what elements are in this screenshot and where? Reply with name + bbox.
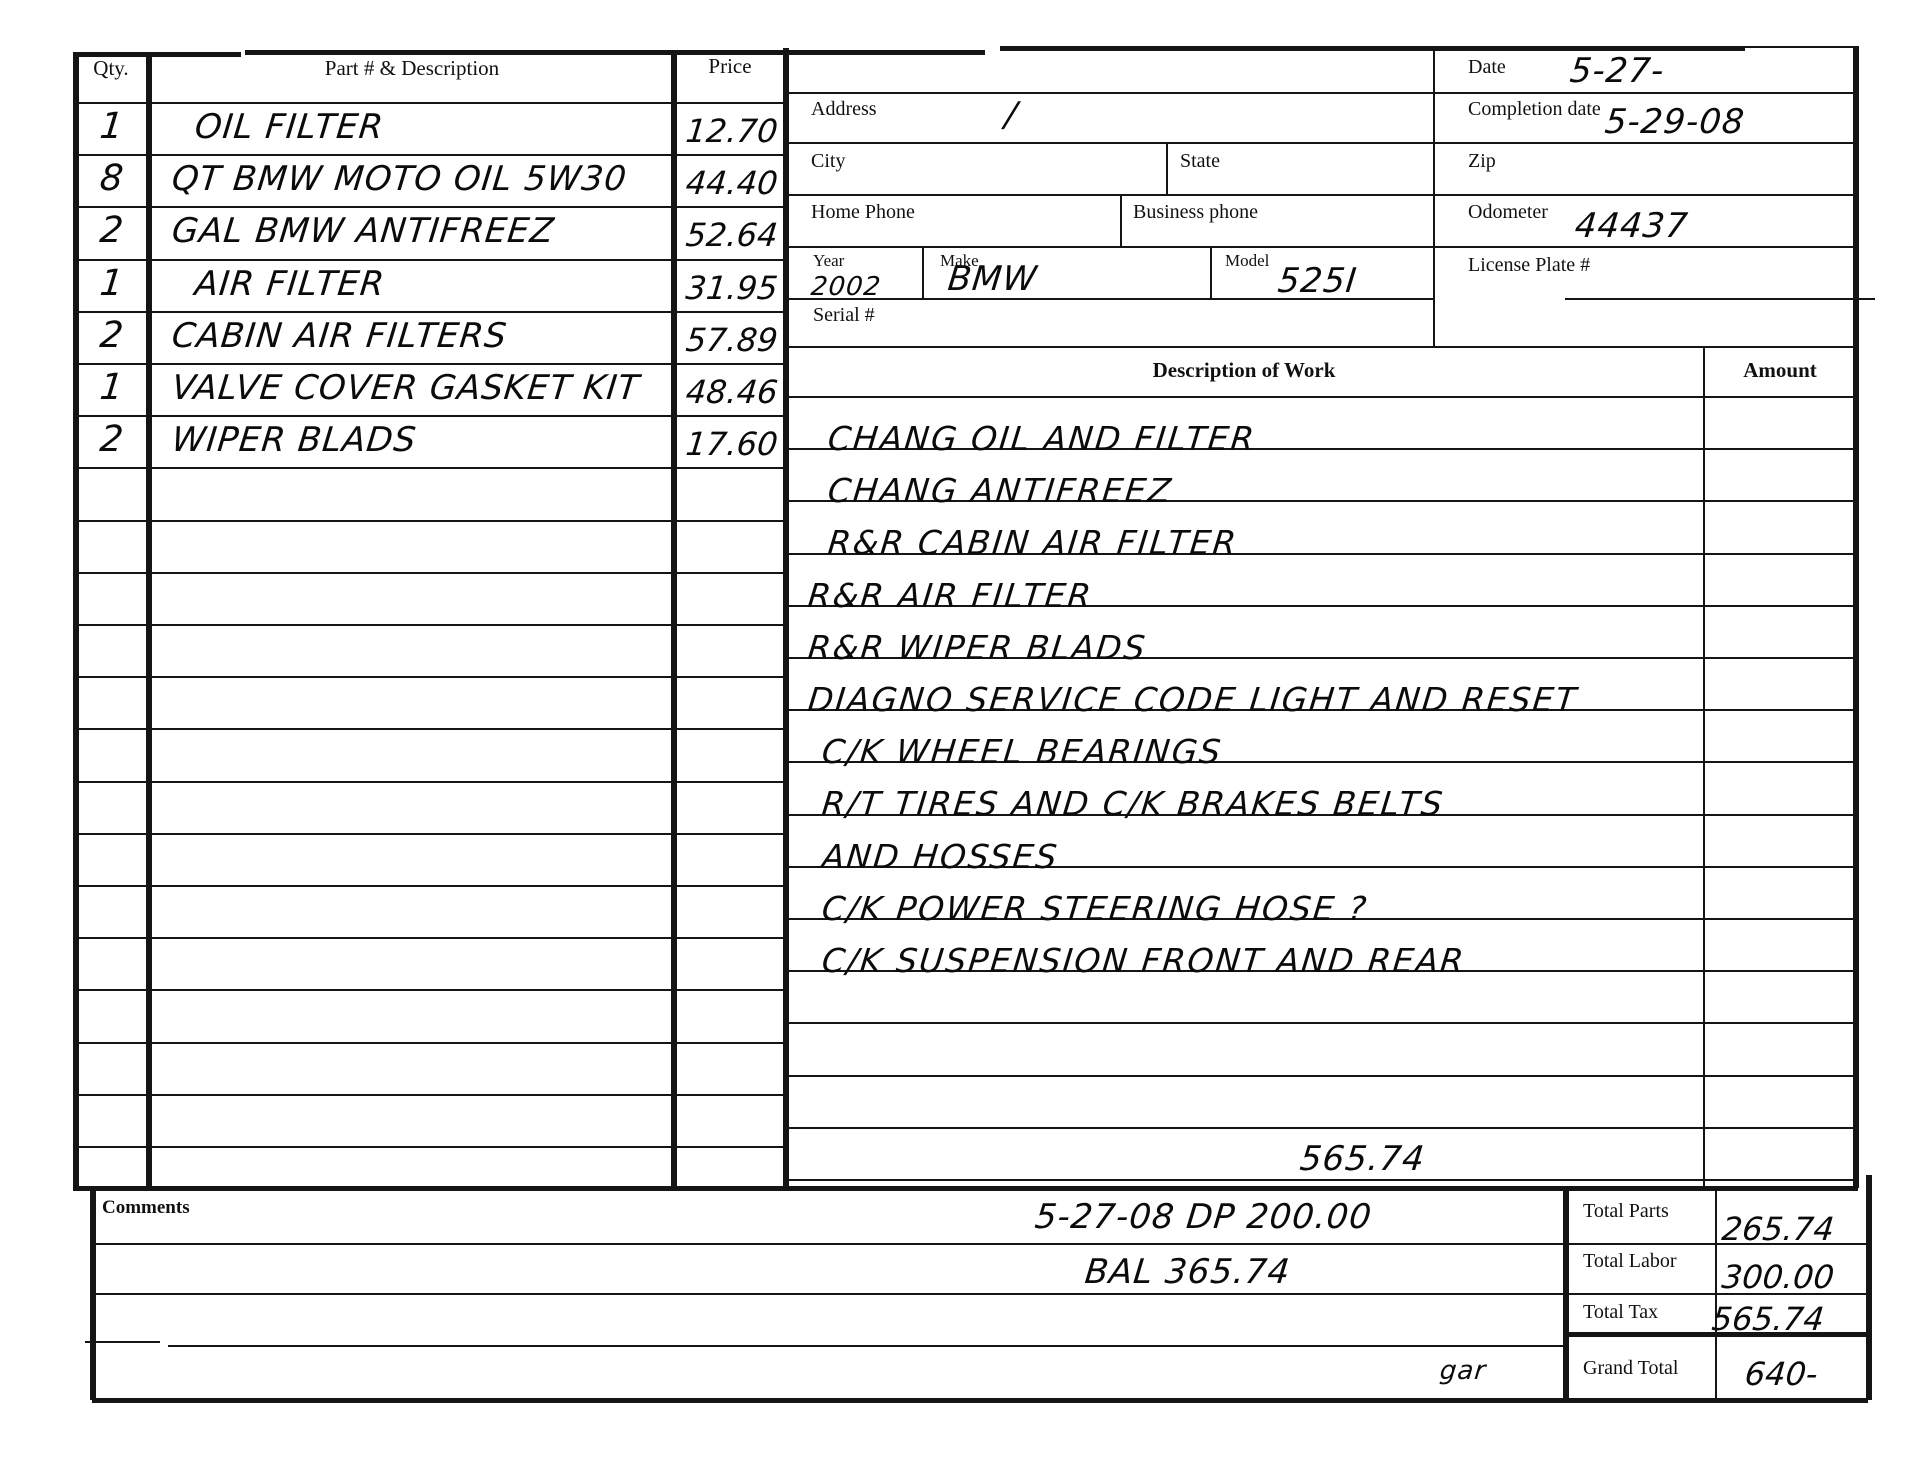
description-cell[interactable]: CABIN AIR FILTERS [170,317,509,355]
year-value[interactable]: 2002 [809,268,883,306]
address-label: Address [811,98,877,120]
work-line[interactable]: R&R CABIN AIR FILTER [826,524,1240,562]
business-phone-label: Business phone [1133,201,1258,223]
total-tax-value[interactable]: 565.74 [1710,1300,1826,1338]
parts-row-line [75,520,785,522]
price-cell[interactable]: 52.64 [684,216,780,254]
work-line[interactable]: DIAGNO SERVICE CODE LIGHT AND RESET [806,681,1580,719]
total-parts-value[interactable]: 265.74 [1720,1210,1836,1248]
state-label: State [1180,150,1220,172]
parts-row-line [75,102,785,104]
description-cell[interactable]: GAL BMW ANTIFREEZ [170,212,556,250]
price-cell[interactable]: 31.95 [684,269,780,307]
form-right-border [1853,46,1859,1188]
comment-line [168,1345,1568,1347]
odometer-label: Odometer [1468,201,1548,223]
zip-label: Zip [1468,150,1496,172]
license-plate-line [1565,298,1875,300]
parts-table-bottom-border [73,1186,1858,1191]
date-value[interactable]: 5-27- [1568,52,1666,90]
total-parts-label: Total Parts [1583,1200,1669,1222]
info-row-line [785,246,1855,248]
model-label: Model [1225,252,1269,270]
work-line[interactable]: R/T TIRES AND C/K BRAKES BELTS [820,785,1446,823]
parts-row-line [75,624,785,626]
license-plate-label: License Plate # [1468,254,1590,276]
work-line[interactable]: CHANG ANTIFREEZ [826,472,1175,510]
city-state-divider [1166,142,1168,194]
parts-row-line [75,363,785,365]
info-row-line [785,142,1855,144]
form-border-top [1745,46,1855,48]
info-row-line [785,194,1855,196]
comment-line [92,1293,1868,1295]
home-phone-label: Home Phone [811,201,915,223]
parts-row-line [75,154,785,156]
qty-header: Qty. [76,56,146,81]
info-row-line [785,346,1855,348]
odometer-value[interactable]: 44437 [1573,207,1690,245]
make-model-divider [1210,248,1212,298]
parts-row-line [75,415,785,417]
price-cell[interactable]: 17.60 [684,425,780,463]
parts-row-line [75,937,785,939]
description-cell[interactable]: OIL FILTER [193,108,386,146]
description-cell[interactable]: VALVE COVER GASKET KIT [170,369,642,407]
comment-line [85,1341,160,1343]
comment-line [92,1243,1868,1245]
work-line[interactable]: R&R WIPER BLADS [806,629,1149,667]
qty-column-divider [146,55,152,1188]
qty-cell[interactable]: 8 [80,160,144,198]
parts-row-line [75,781,785,783]
work-line[interactable]: R&R AIR FILTER [806,577,1095,615]
parts-row-line [75,885,785,887]
info-right-column-divider [1433,46,1435,346]
serial-label: Serial # [813,304,875,326]
city-label: City [811,150,845,172]
parts-row-line [75,1042,785,1044]
description-cell[interactable]: QT BMW MOTO OIL 5W30 [170,160,629,198]
qty-cell[interactable]: 1 [80,369,144,407]
info-row-line [785,92,1855,94]
grand-total-value[interactable]: 640- [1743,1355,1820,1393]
address-value[interactable]: / [1003,96,1019,134]
parts-row-line [75,728,785,730]
description-of-work-header: Description of Work [785,358,1703,383]
price-cell[interactable]: 48.46 [684,373,780,411]
model-value[interactable]: 525I [1276,262,1359,300]
parts-row-line [75,259,785,261]
qty-cell[interactable]: 2 [80,421,144,459]
work-row-line [785,1127,1855,1129]
work-line[interactable]: C/K SUSPENSION FRONT AND REAR [820,942,1467,980]
parts-row-line [75,676,785,678]
total-tax-label: Total Tax [1583,1301,1658,1323]
parts-table-left-border [73,52,79,1188]
date-label: Date [1468,56,1506,78]
parts-row-line [75,572,785,574]
price-header: Price [677,54,783,79]
amount-header: Amount [1705,358,1855,383]
price-cell[interactable]: 57.89 [684,321,780,359]
year-make-divider [922,248,924,298]
work-row-line [785,1179,1855,1181]
price-column-right [783,48,789,1188]
form-border-top [245,50,985,55]
qty-cell[interactable]: 2 [80,212,144,250]
description-header: Part # & Description [152,56,672,81]
form-bottom-border [92,1398,1868,1403]
work-line[interactable]: AND HOSSES [820,838,1060,876]
parts-row-line [75,833,785,835]
total-labor-value[interactable]: 300.00 [1720,1258,1836,1296]
balance-note: BAL 365.74 [1083,1253,1292,1291]
parts-row-line [75,989,785,991]
comments-label: Comments [102,1197,190,1219]
work-subtotal-note: 565.74 [1298,1140,1427,1178]
work-header-line [785,396,1855,398]
parts-row-line [75,1146,785,1148]
work-row-line [785,1075,1855,1077]
qty-cell[interactable]: 2 [80,317,144,355]
amount-column-divider [1703,346,1705,1188]
parts-row-line [75,1094,785,1096]
work-row-line [785,1022,1855,1024]
work-line[interactable]: C/K POWER STEERING HOSE ? [820,890,1370,928]
signature: gar [1438,1352,1488,1390]
parts-row-line [75,206,785,208]
totals-left-border [1563,1188,1569,1400]
totals-right-border [1866,1175,1872,1400]
parts-row-line [75,467,785,469]
totals-value-divider [1715,1188,1717,1400]
phone-divider [1120,194,1122,246]
qty-cell[interactable]: 1 [80,265,144,303]
total-labor-label: Total Labor [1583,1250,1677,1272]
description-cell[interactable]: AIR FILTER [193,265,387,303]
description-cell[interactable]: WIPER BLADS [170,421,418,459]
deposit-note: 5-27-08 DP 200.00 [1033,1198,1374,1236]
grand-total-label: Grand Total [1583,1357,1678,1379]
work-line[interactable]: C/K WHEEL BEARINGS [820,733,1224,771]
price-cell[interactable]: 44.40 [684,164,780,202]
work-line[interactable]: CHANG OIL AND FILTER [826,420,1258,458]
make-value[interactable]: BMW [946,260,1039,298]
qty-cell[interactable]: 1 [80,108,144,146]
price-column-left [671,50,677,1188]
completion-date-label: Completion date [1468,98,1601,120]
parts-row-line [75,311,785,313]
price-cell[interactable]: 12.70 [684,112,780,150]
completion-date-value[interactable]: 5-29-08 [1603,103,1747,141]
